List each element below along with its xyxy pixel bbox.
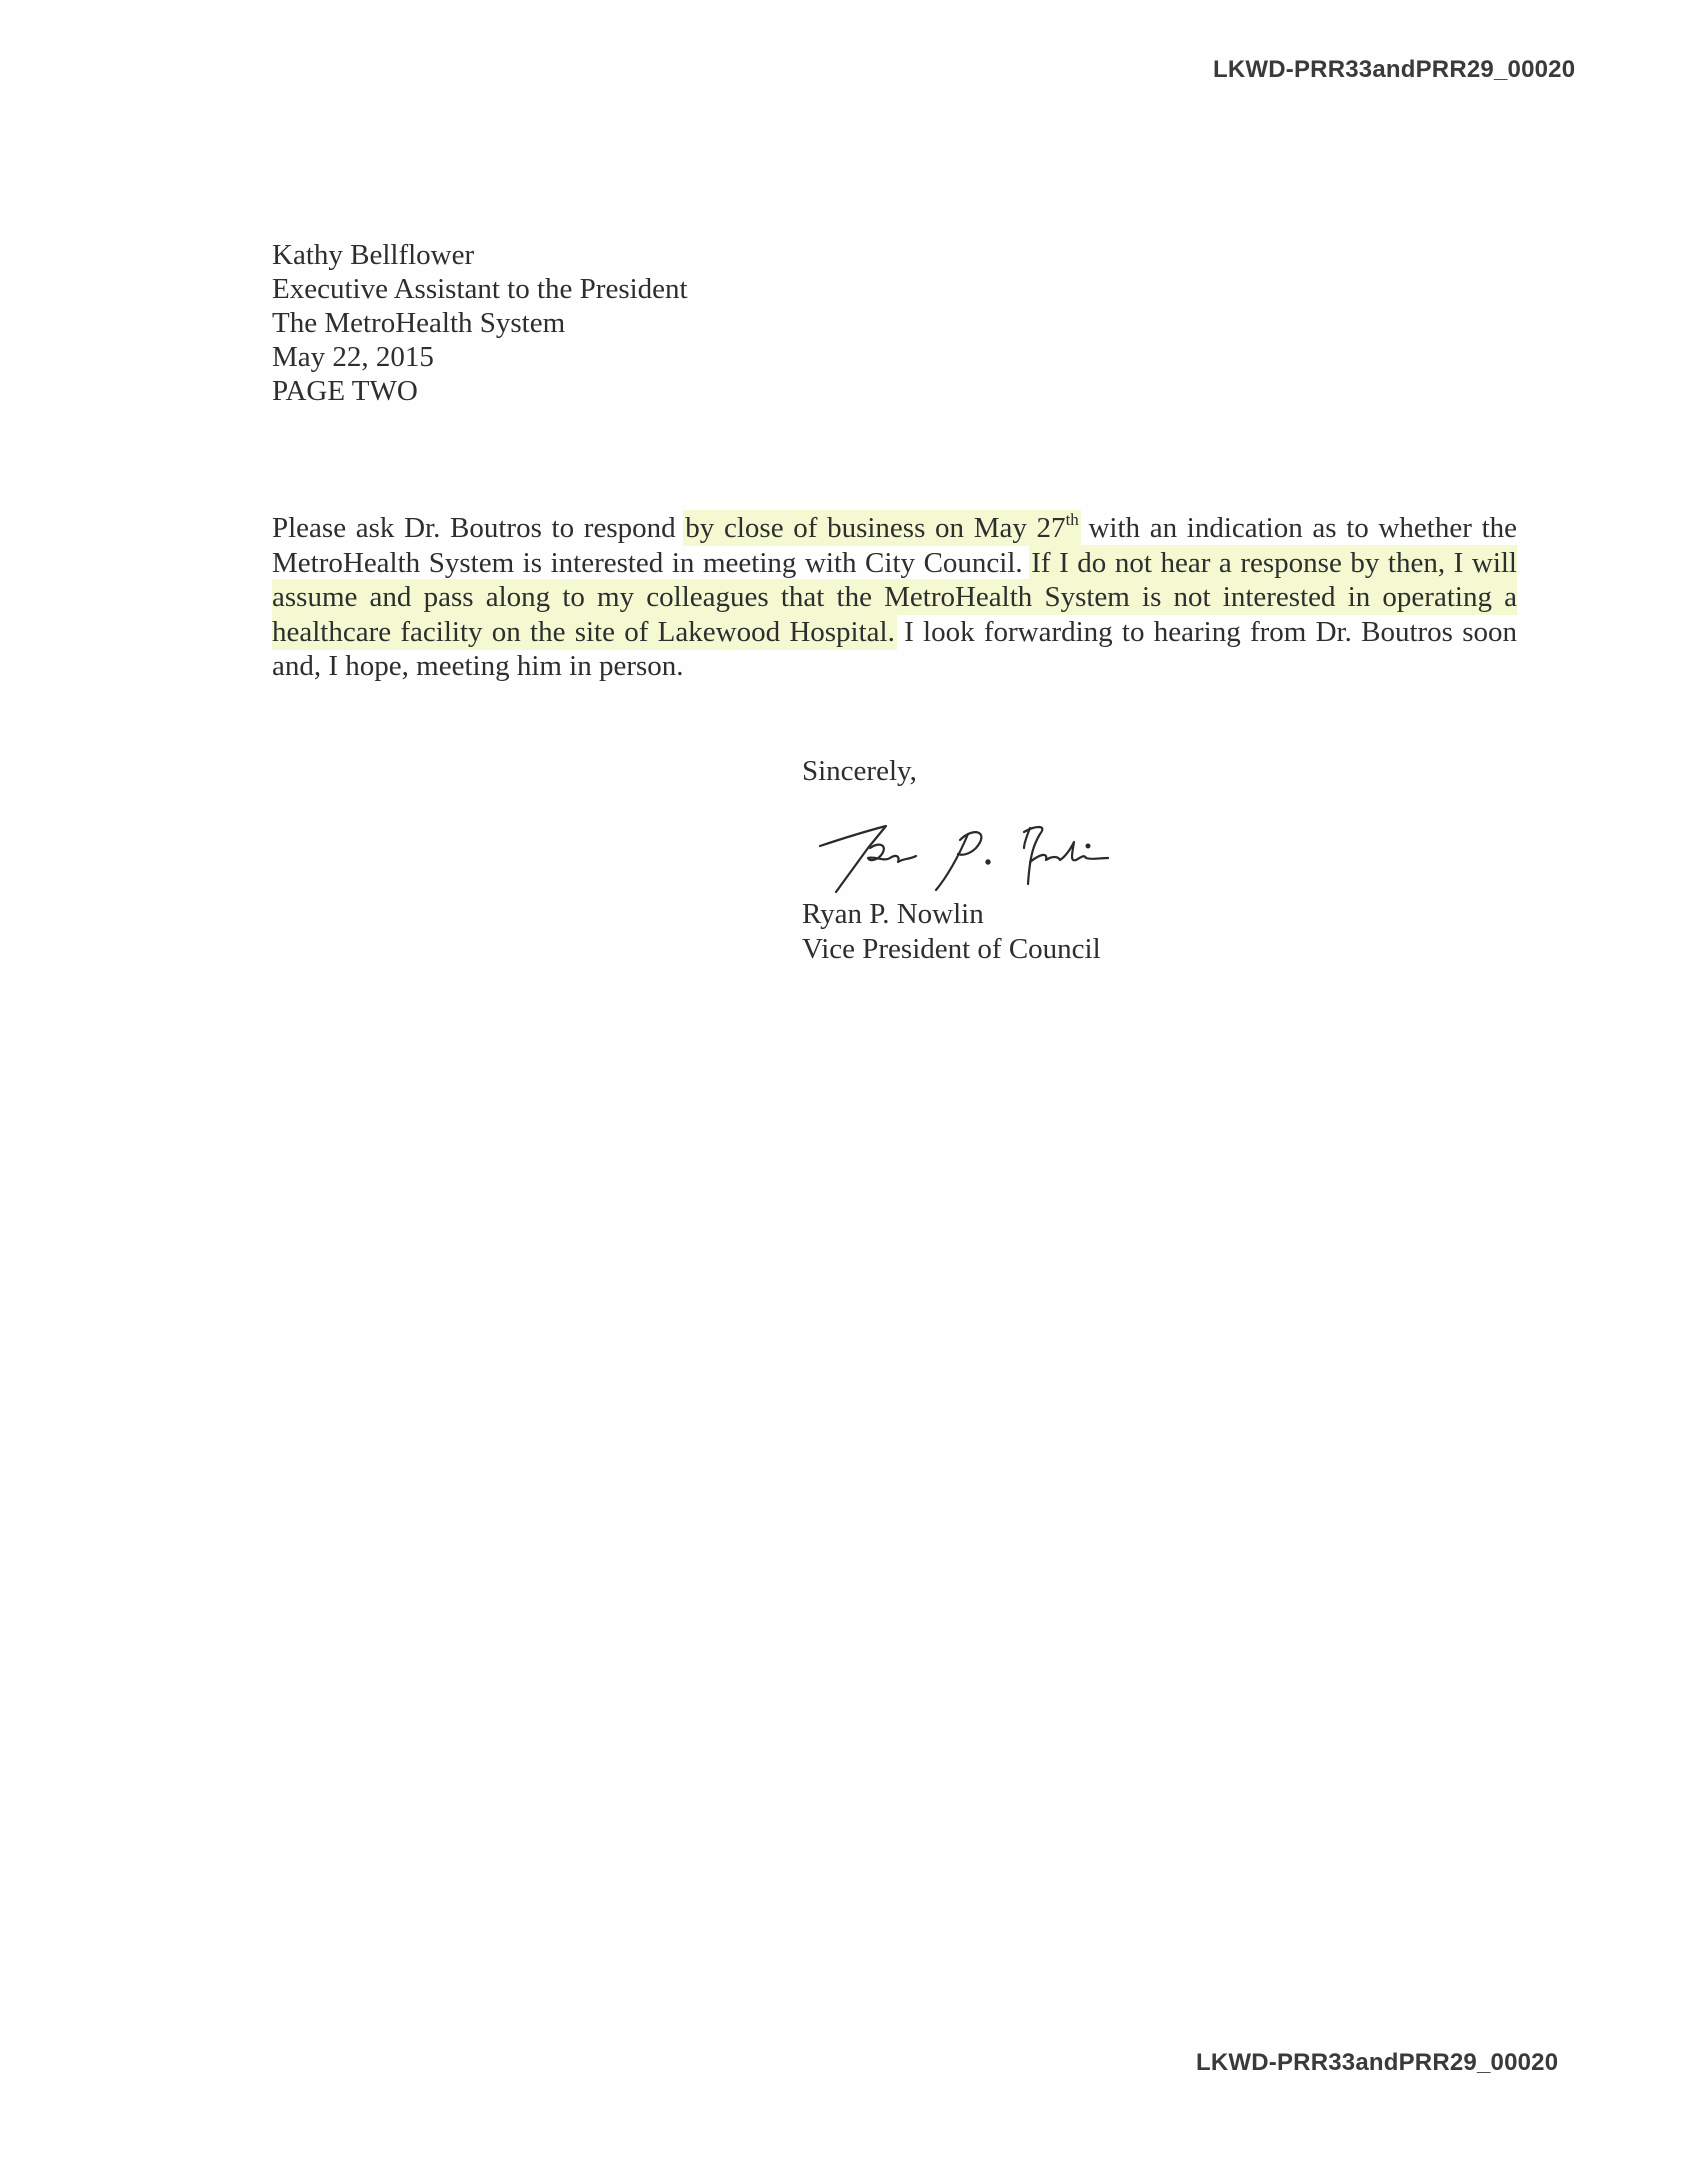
letter-body-paragraph: Please ask Dr. Boutros to respond by clo… <box>272 511 1517 684</box>
signature-icon <box>808 818 1118 898</box>
deadline-text: by close of business on May 27 <box>685 512 1065 544</box>
highlighted-text-deadline: by close of business on May 27th <box>685 512 1079 544</box>
bates-number-top: LKWD-PRR33andPRR29_00020 <box>1213 56 1575 84</box>
page-label: PAGE TWO <box>272 374 688 408</box>
bates-number-bottom: LKWD-PRR33andPRR29_00020 <box>1196 2049 1558 2077</box>
recipient-title: Executive Assistant to the President <box>272 272 688 306</box>
closing-salutation: Sincerely, <box>802 754 917 788</box>
document-page: LKWD-PRR33andPRR29_00020 Kathy Bellflowe… <box>0 0 1696 2176</box>
recipient-name: Kathy Bellflower <box>272 238 688 272</box>
letter-date: May 22, 2015 <box>272 340 688 374</box>
signer-name: Ryan P. Nowlin <box>802 897 1101 932</box>
body-text-segment: Please ask Dr. Boutros to respond <box>272 512 685 544</box>
recipient-organization: The MetroHealth System <box>272 306 688 340</box>
signer-block: Ryan P. Nowlin Vice President of Council <box>802 897 1101 967</box>
signer-title: Vice President of Council <box>802 932 1101 967</box>
ordinal-suffix: th <box>1066 510 1079 529</box>
recipient-address-block: Kathy Bellflower Executive Assistant to … <box>272 238 688 408</box>
